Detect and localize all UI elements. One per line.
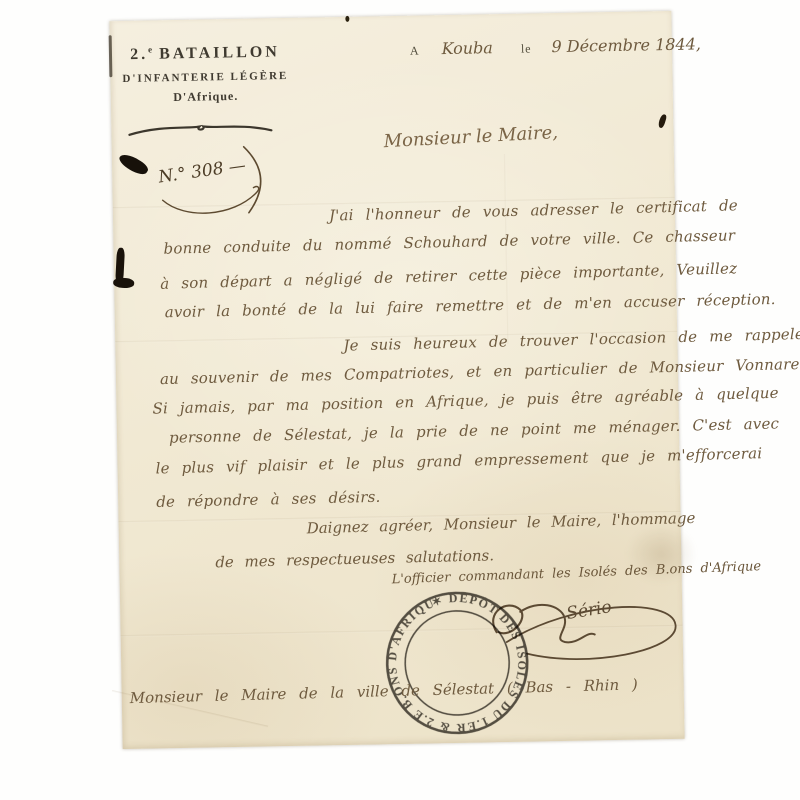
letter-line: à son départ a négligé de retirer cette … bbox=[160, 259, 737, 293]
dateline-date: 9 Décembre 1844, bbox=[551, 34, 701, 56]
letterhead: 2.e BATAILLON D'INFANTERIE LÉGÈRE D'Afri… bbox=[120, 42, 291, 106]
letter-paper: 2.e BATAILLON D'INFANTERIE LÉGÈRE D'Afri… bbox=[109, 11, 684, 749]
ink-speck bbox=[657, 114, 667, 129]
battalion-word: BATAILLON bbox=[159, 43, 280, 62]
letterhead-afrique-line: D'Afrique. bbox=[121, 88, 291, 106]
letter-line: de répondre à ses désirs. bbox=[156, 488, 381, 511]
letter-line: bonne conduite du nommé Schouhard de vot… bbox=[163, 226, 735, 257]
letter-line: le plus vif plaisir et le plus grand emp… bbox=[155, 444, 762, 477]
letter-line: avoir la bonté de la lui faire remettre … bbox=[165, 290, 776, 321]
letter-line: de mes respectueuses salutations. bbox=[215, 546, 494, 571]
scan-background: 2.e BATAILLON D'INFANTERIE LÉGÈRE D'Afri… bbox=[0, 0, 800, 800]
letter-line: Si jamais, par ma position en Afrique, j… bbox=[152, 384, 779, 418]
letterhead-flourish-icon bbox=[125, 118, 275, 143]
letterhead-battalion-line: 2.e BATAILLON bbox=[120, 42, 290, 64]
dateline-place: Kouba bbox=[441, 38, 493, 58]
letter-line: Je suis heureux de trouver l'occasion de… bbox=[343, 325, 800, 355]
depot-stamp-icon: ✶ DÉPÔT DES ISOLÉS DU 1.ER & 2.E B.ONS D… bbox=[344, 550, 570, 776]
letter-line: J'ai l'honneur de vous adresser le certi… bbox=[329, 196, 738, 224]
dateline: A Kouba le 9 Décembre 1844, bbox=[410, 34, 701, 59]
dateline-printed-le: le bbox=[521, 41, 532, 55]
letterhead-infantry-line: D'INFANTERIE LÉGÈRE bbox=[120, 70, 290, 85]
battalion-number: 2. bbox=[130, 46, 148, 63]
ink-blot-part bbox=[113, 277, 134, 288]
ink-blot bbox=[111, 247, 139, 290]
letter-line: personne de Sélestat, je la prie de ne p… bbox=[169, 414, 780, 446]
paper-edge-mark bbox=[109, 35, 113, 77]
ink-blot bbox=[117, 151, 150, 178]
dateline-printed-a: A bbox=[410, 44, 420, 58]
ink-speck bbox=[345, 16, 349, 22]
salutation: Monsieur le Maire, bbox=[383, 122, 558, 152]
letter-line: au souvenir de mes Compatriotes, et en p… bbox=[160, 355, 800, 389]
battalion-ordinal: e bbox=[148, 44, 152, 54]
